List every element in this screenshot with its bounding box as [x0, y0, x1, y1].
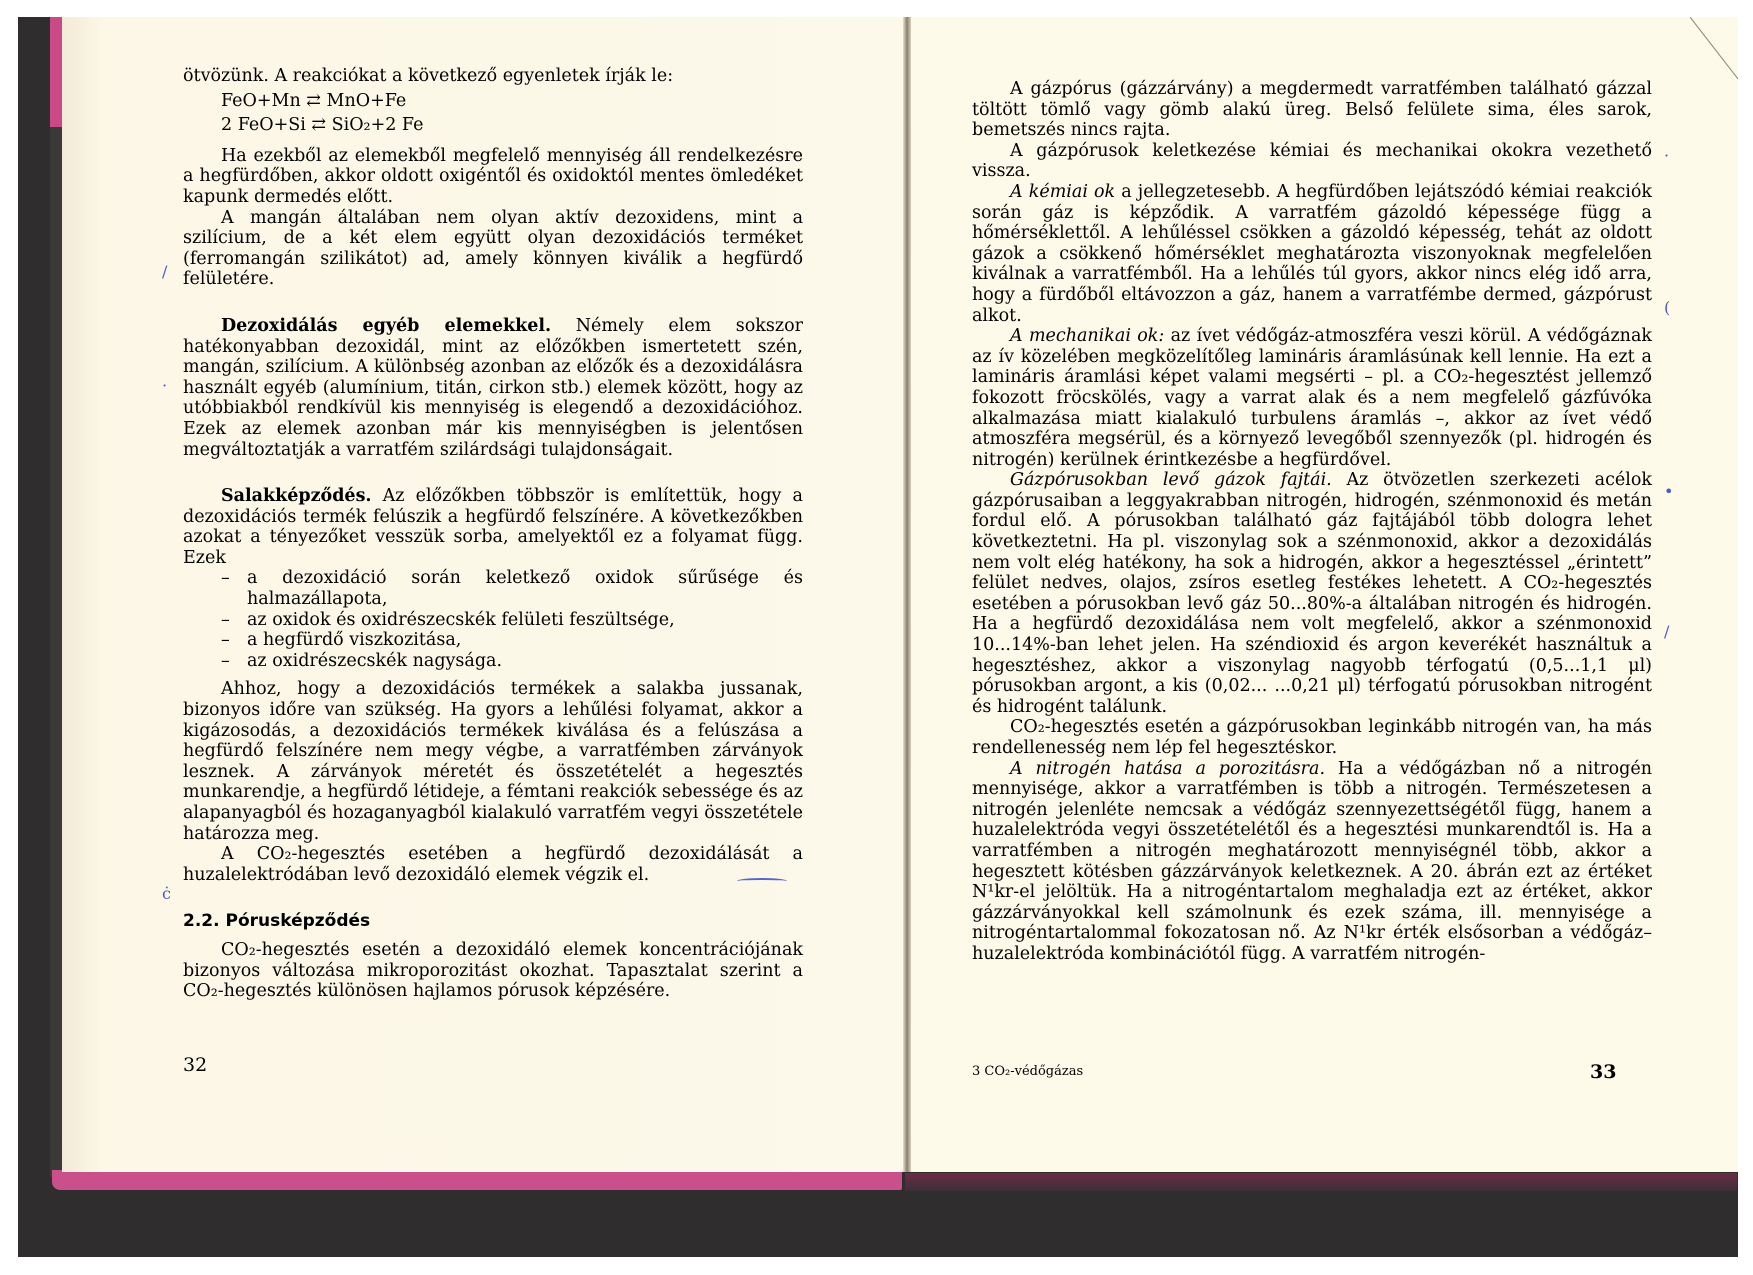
- list-item: –a hegfürdő viszkozitása,: [183, 630, 803, 651]
- paragraph: A mangán általában nem olyan aktív dezox…: [183, 208, 803, 290]
- paragraph-dezoxidalas: Dezoxidálás egyéb elemekkel. Némely elem…: [183, 316, 803, 460]
- paragraph-text: Az ötvözetlen szerkezeti acélok gázpórus…: [972, 470, 1652, 717]
- pen-underline-mark: [737, 878, 787, 884]
- paragraph: Ahhoz, hogy a dezoxidációs termékek a sa…: [183, 679, 803, 844]
- italic-lead: Gázpórusokban levő gázok fajtái.: [1010, 470, 1332, 490]
- page-number-left: 32: [183, 1054, 207, 1076]
- list-item: –a dezoxidáció során keletkező oxidok sű…: [183, 568, 803, 609]
- pen-margin-mark: •: [1664, 482, 1673, 501]
- run-in-heading: Salakképződés.: [221, 486, 372, 506]
- paragraph: Ha ezekből az elemekből megfelelő mennyi…: [183, 146, 803, 208]
- paragraph-nitrogen-hatasa: A nitrogén hatása a porozitásra. Ha a vé…: [972, 759, 1652, 965]
- paragraph-text: a jellegzetesebb. A hegfürdőben lejátszó…: [972, 182, 1652, 326]
- book-cover-bottom-left: [52, 1170, 902, 1190]
- right-page-body: A gázpórus (gázzárvány) a megdermedt var…: [972, 79, 1652, 965]
- equation-1: FeO+Mn ⇄ MnO+Fe: [183, 91, 803, 112]
- book-cover-bottom-right: [905, 1173, 1737, 1191]
- intro-line: ötvözünk. A reakciókat a következő egyen…: [183, 66, 803, 87]
- paragraph-text: Némely elem sokszor hatékonyabban dezoxi…: [183, 316, 803, 460]
- page-number-right: 33: [1590, 1061, 1616, 1083]
- list-item-text: az oxidrészecskék nagysága.: [247, 651, 502, 672]
- pen-margin-mark: /: [1664, 622, 1669, 641]
- paragraph: A gázpórusok keletkezése kémiai és mecha…: [972, 141, 1652, 182]
- pen-margin-mark: ·: [162, 376, 167, 395]
- book-gutter: [903, 17, 911, 1172]
- list-item-text: az oxidok és oxidrészecskék felületi fes…: [247, 610, 675, 631]
- italic-lead: A kémiai ok: [1010, 182, 1115, 202]
- book-cover-edge-dark: [50, 127, 62, 1177]
- left-page-body: ötvözünk. A reakciókat a következő egyen…: [183, 66, 803, 1002]
- page-corner-fold-icon: [1690, 17, 1738, 87]
- list-item: –az oxidok és oxidrészecskék felületi fe…: [183, 610, 803, 631]
- paragraph-text: Ha a védőgázban nő a nitrogén mennyisége…: [972, 759, 1652, 964]
- equation-2: 2 FeO+Si ⇄ SiO₂+2 Fe: [183, 115, 803, 136]
- paragraph-salakkepzodes: Salakképződés. Az előzőkben többször is …: [183, 486, 803, 568]
- paragraph-mechanikai-ok: A mechanikai ok: az ívet védőgáz-atmoszf…: [972, 326, 1652, 470]
- list-item-text: a hegfürdő viszkozitása,: [247, 630, 461, 651]
- paragraph: CO₂-hegesztés esetén a dezoxidáló elemek…: [183, 940, 803, 1002]
- pen-margin-mark: ·: [1664, 146, 1669, 165]
- signature-mark: 3 CO₂-védőgázas: [972, 1064, 1083, 1079]
- run-in-heading: Dezoxidálás egyéb elemekkel.: [221, 316, 551, 336]
- paragraph: A CO₂-hegesztés esetében a hegfürdő dezo…: [183, 844, 803, 885]
- pen-margin-mark: /: [162, 262, 167, 281]
- paragraph-gazok-fajtai: Gázpórusokban levő gázok fajtái. Az ötvö…: [972, 470, 1652, 717]
- pen-margin-mark: (: [1664, 298, 1670, 317]
- paragraph-text: az ívet védőgáz-atmoszféra veszi körül. …: [972, 326, 1652, 470]
- paragraph: CO₂-hegesztés esetén a gázpórusokban leg…: [972, 717, 1652, 758]
- italic-lead: A mechanikai ok:: [1010, 326, 1164, 346]
- list-item-text: a dezoxidáció során keletkező oxidok sűr…: [247, 568, 803, 609]
- section-heading: 2.2. Pórusképződés: [183, 911, 803, 932]
- italic-lead: A nitrogén hatása a porozitásra.: [1010, 759, 1325, 779]
- paragraph: A gázpórus (gázzárvány) a megdermedt var…: [972, 79, 1652, 141]
- paragraph-kemiai-ok: A kémiai ok a jellegzetesebb. A hegfürdő…: [972, 182, 1652, 326]
- pen-margin-mark: ċ: [162, 884, 171, 903]
- list-item: –az oxidrészecskék nagysága.: [183, 651, 803, 672]
